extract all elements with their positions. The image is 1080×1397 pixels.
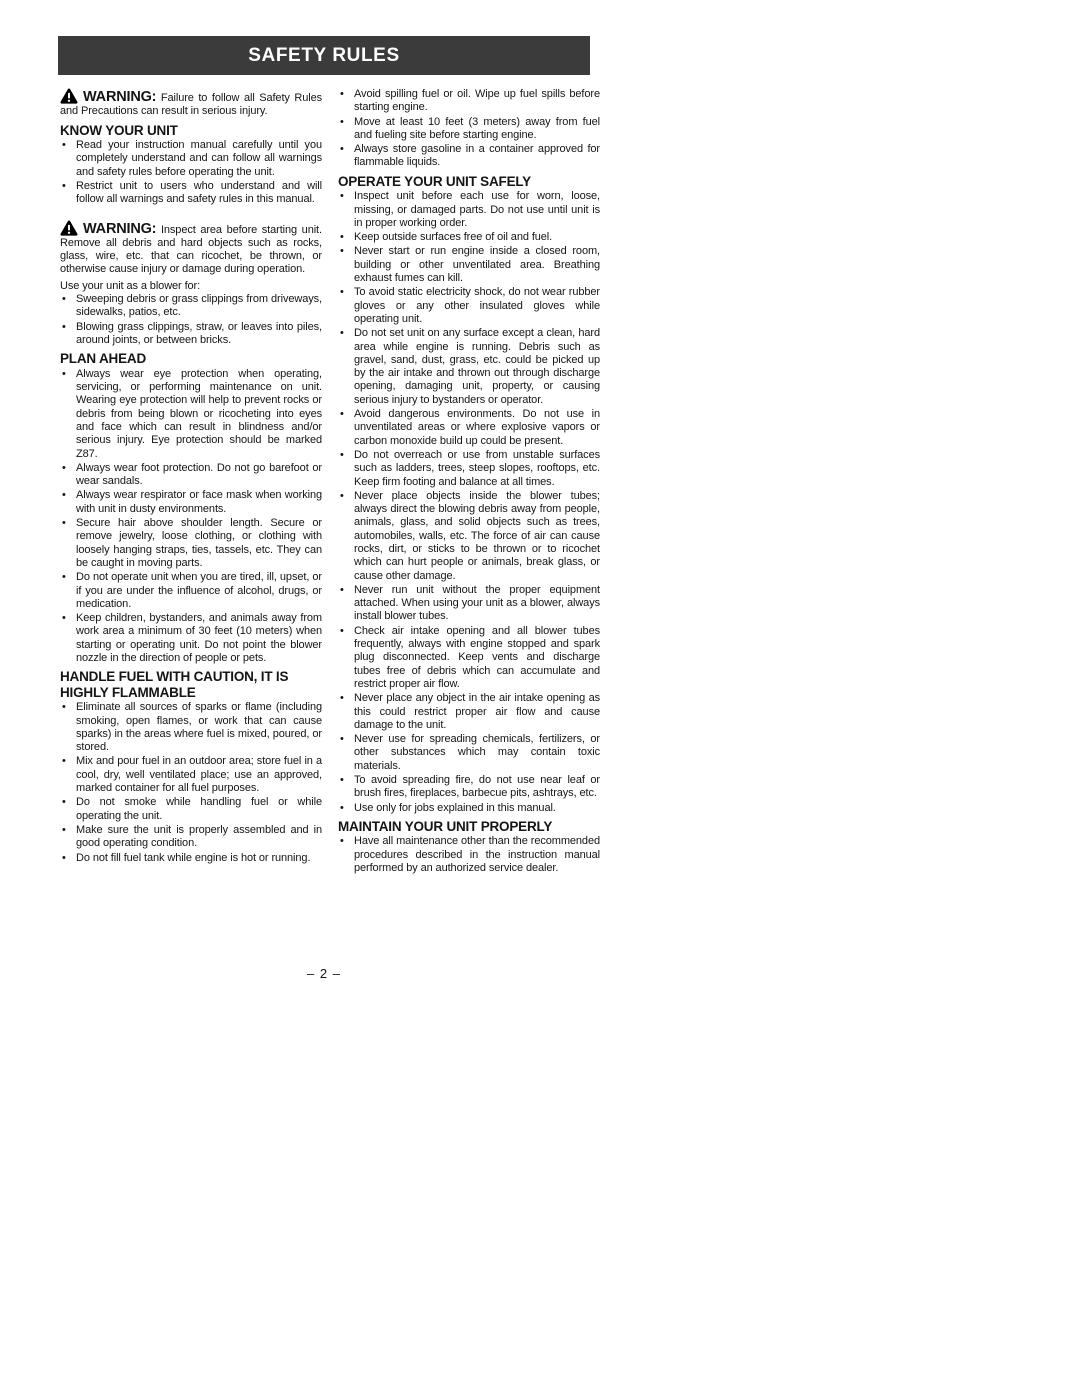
- section-heading: HANDLE FUEL WITH CAUTION, IT IS HIGHLY F…: [60, 669, 322, 700]
- bullet-item: •Make sure the unit is properly assemble…: [60, 824, 322, 851]
- bullet-dot-icon: •: [60, 701, 76, 754]
- bullet-item: •Never use for spreading chemicals, fert…: [338, 733, 600, 773]
- bullet-text: Have all maintenance other than the reco…: [354, 835, 600, 875]
- bullet-item: •Avoid spilling fuel or oil. Wipe up fue…: [338, 88, 600, 115]
- bullet-text: Never start or run engine inside a close…: [354, 245, 600, 285]
- bullet-dot-icon: •: [338, 449, 354, 489]
- bullet-item: •Use only for jobs explained in this man…: [338, 802, 600, 815]
- warning-label: WARNING:: [83, 221, 156, 237]
- bullet-item: •Never start or run engine inside a clos…: [338, 245, 600, 285]
- bullet-text: Avoid spilling fuel or oil. Wipe up fuel…: [354, 88, 600, 115]
- bullet-item: •Have all maintenance other than the rec…: [338, 835, 600, 875]
- bullet-dot-icon: •: [60, 321, 76, 348]
- bullet-item: •Keep children, bystanders, and animals …: [60, 612, 322, 665]
- bullet-dot-icon: •: [338, 245, 354, 285]
- bullet-text: Secure hair above shoulder length. Secur…: [76, 517, 322, 570]
- bullet-text: Do not fill fuel tank while engine is ho…: [76, 852, 322, 865]
- bullet-text: Always store gasoline in a container app…: [354, 143, 600, 170]
- bullet-dot-icon: •: [338, 774, 354, 801]
- bullet-text: Never place objects inside the blower tu…: [354, 490, 600, 583]
- bullet-text: Mix and pour fuel in an outdoor area; st…: [76, 755, 322, 795]
- bullet-text: Keep outside surfaces free of oil and fu…: [354, 231, 600, 244]
- bullet-text: Check air intake opening and all blower …: [354, 625, 600, 691]
- bullet-dot-icon: •: [338, 584, 354, 624]
- bullet-text: Do not smoke while handling fuel or whil…: [76, 796, 322, 823]
- bullet-dot-icon: •: [60, 489, 76, 516]
- bullet-text: Always wear eye protection when operatin…: [76, 368, 322, 461]
- bullet-dot-icon: •: [338, 625, 354, 691]
- bullet-item: •Do not smoke while handling fuel or whi…: [60, 796, 322, 823]
- bullet-item: •Restrict unit to users who understand a…: [60, 180, 322, 207]
- bullet-text: Sweeping debris or grass clippings from …: [76, 293, 322, 320]
- bullet-dot-icon: •: [338, 143, 354, 170]
- bullet-dot-icon: •: [60, 571, 76, 611]
- section-heading: MAINTAIN YOUR UNIT PROPERLY: [338, 819, 600, 835]
- bullet-dot-icon: •: [338, 327, 354, 407]
- page-number: – 2 –: [58, 966, 590, 981]
- bullet-text: Do not overreach or use from unstable su…: [354, 449, 600, 489]
- bullet-item: •Blowing grass clippings, straw, or leav…: [60, 321, 322, 348]
- bullet-dot-icon: •: [60, 796, 76, 823]
- page-title: SAFETY RULES: [248, 45, 399, 67]
- bullet-dot-icon: •: [60, 612, 76, 665]
- bullet-dot-icon: •: [338, 733, 354, 773]
- bullet-text: Do not operate unit when you are tired, …: [76, 571, 322, 611]
- bullet-item: •Inspect unit before each use for worn, …: [338, 190, 600, 230]
- bullet-item: •Always wear eye protection when operati…: [60, 368, 322, 461]
- bullet-text: Keep children, bystanders, and animals a…: [76, 612, 322, 665]
- bullet-dot-icon: •: [60, 852, 76, 865]
- section-heading: KNOW YOUR UNIT: [60, 123, 322, 139]
- section-heading: PLAN AHEAD: [60, 351, 322, 367]
- bullet-item: •Do not fill fuel tank while engine is h…: [60, 852, 322, 865]
- section-heading: OPERATE YOUR UNIT SAFELY: [338, 174, 600, 190]
- bullet-dot-icon: •: [338, 835, 354, 875]
- bullet-item: •Mix and pour fuel in an outdoor area; s…: [60, 755, 322, 795]
- bullet-item: •Always wear respirator or face mask whe…: [60, 489, 322, 516]
- bullet-item: •Never place any object in the air intak…: [338, 692, 600, 732]
- bullet-item: •Never place objects inside the blower t…: [338, 490, 600, 583]
- bullet-text: Make sure the unit is properly assembled…: [76, 824, 322, 851]
- bullet-text: Eliminate all sources of sparks or flame…: [76, 701, 322, 754]
- bullet-dot-icon: •: [60, 517, 76, 570]
- bullet-item: •Do not overreach or use from unstable s…: [338, 449, 600, 489]
- warning-triangle-icon: [60, 220, 78, 236]
- bullet-dot-icon: •: [338, 286, 354, 326]
- warning-note: WARNING: Inspect area before starting un…: [60, 220, 322, 277]
- bullet-text: Inspect unit before each use for worn, l…: [354, 190, 600, 230]
- bullet-dot-icon: •: [60, 755, 76, 795]
- bullet-item: •Do not operate unit when you are tired,…: [60, 571, 322, 611]
- bullet-dot-icon: •: [338, 408, 354, 448]
- bullet-dot-icon: •: [60, 180, 76, 207]
- bullet-text: Do not set unit on any surface except a …: [354, 327, 600, 407]
- bullet-dot-icon: •: [338, 490, 354, 583]
- bullet-item: •Secure hair above shoulder length. Secu…: [60, 517, 322, 570]
- paragraph: Use your unit as a blower for:: [60, 280, 322, 293]
- manual-page: SAFETY RULES WARNING: Failure to follow …: [0, 0, 1080, 1397]
- bullet-text: Restrict unit to users who understand an…: [76, 180, 322, 207]
- bullet-text: Read your instruction manual carefully u…: [76, 139, 322, 179]
- bullet-item: •Always store gasoline in a container ap…: [338, 143, 600, 170]
- bullet-text: Always wear respirator or face mask when…: [76, 489, 322, 516]
- bullet-dot-icon: •: [60, 462, 76, 489]
- warning-triangle-icon: [60, 88, 78, 104]
- bullet-item: •Do not set unit on any surface except a…: [338, 327, 600, 407]
- bullet-dot-icon: •: [60, 824, 76, 851]
- bullet-dot-icon: •: [338, 116, 354, 143]
- warning-label: WARNING:: [83, 89, 156, 105]
- bullet-dot-icon: •: [338, 190, 354, 230]
- bullet-text: Avoid dangerous environments. Do not use…: [354, 408, 600, 448]
- left-column: WARNING: Failure to follow all Safety Ru…: [60, 88, 322, 876]
- bullet-text: Always wear foot protection. Do not go b…: [76, 462, 322, 489]
- bullet-item: •Read your instruction manual carefully …: [60, 139, 322, 179]
- section-title-bar: SAFETY RULES: [58, 36, 590, 75]
- bullet-text: Never run unit without the proper equipm…: [354, 584, 600, 624]
- bullet-dot-icon: •: [60, 293, 76, 320]
- bullet-item: •Move at least 10 feet (3 meters) away f…: [338, 116, 600, 143]
- bullet-text: Use only for jobs explained in this manu…: [354, 802, 600, 815]
- bullet-item: •To avoid static electricity shock, do n…: [338, 286, 600, 326]
- bullet-text: Never use for spreading chemicals, ferti…: [354, 733, 600, 773]
- bullet-dot-icon: •: [338, 802, 354, 815]
- bullet-item: •Eliminate all sources of sparks or flam…: [60, 701, 322, 754]
- bullet-text: To avoid spreading fire, do not use near…: [354, 774, 600, 801]
- bullet-text: Blowing grass clippings, straw, or leave…: [76, 321, 322, 348]
- bullet-dot-icon: •: [60, 139, 76, 179]
- warning-note: WARNING: Failure to follow all Safety Ru…: [60, 88, 322, 119]
- bullet-item: •Keep outside surfaces free of oil and f…: [338, 231, 600, 244]
- right-column: •Avoid spilling fuel or oil. Wipe up fue…: [338, 88, 600, 876]
- bullet-dot-icon: •: [338, 231, 354, 244]
- bullet-dot-icon: •: [60, 368, 76, 461]
- bullet-dot-icon: •: [338, 692, 354, 732]
- bullet-text: Move at least 10 feet (3 meters) away fr…: [354, 116, 600, 143]
- bullet-item: •Never run unit without the proper equip…: [338, 584, 600, 624]
- bullet-item: •Check air intake opening and all blower…: [338, 625, 600, 691]
- bullet-dot-icon: •: [338, 88, 354, 115]
- bullet-text: To avoid static electricity shock, do no…: [354, 286, 600, 326]
- two-column-layout: WARNING: Failure to follow all Safety Ru…: [60, 88, 600, 876]
- bullet-item: •Avoid dangerous environments. Do not us…: [338, 408, 600, 448]
- bullet-item: •To avoid spreading fire, do not use nea…: [338, 774, 600, 801]
- bullet-item: •Sweeping debris or grass clippings from…: [60, 293, 322, 320]
- bullet-text: Never place any object in the air intake…: [354, 692, 600, 732]
- bullet-item: •Always wear foot protection. Do not go …: [60, 462, 322, 489]
